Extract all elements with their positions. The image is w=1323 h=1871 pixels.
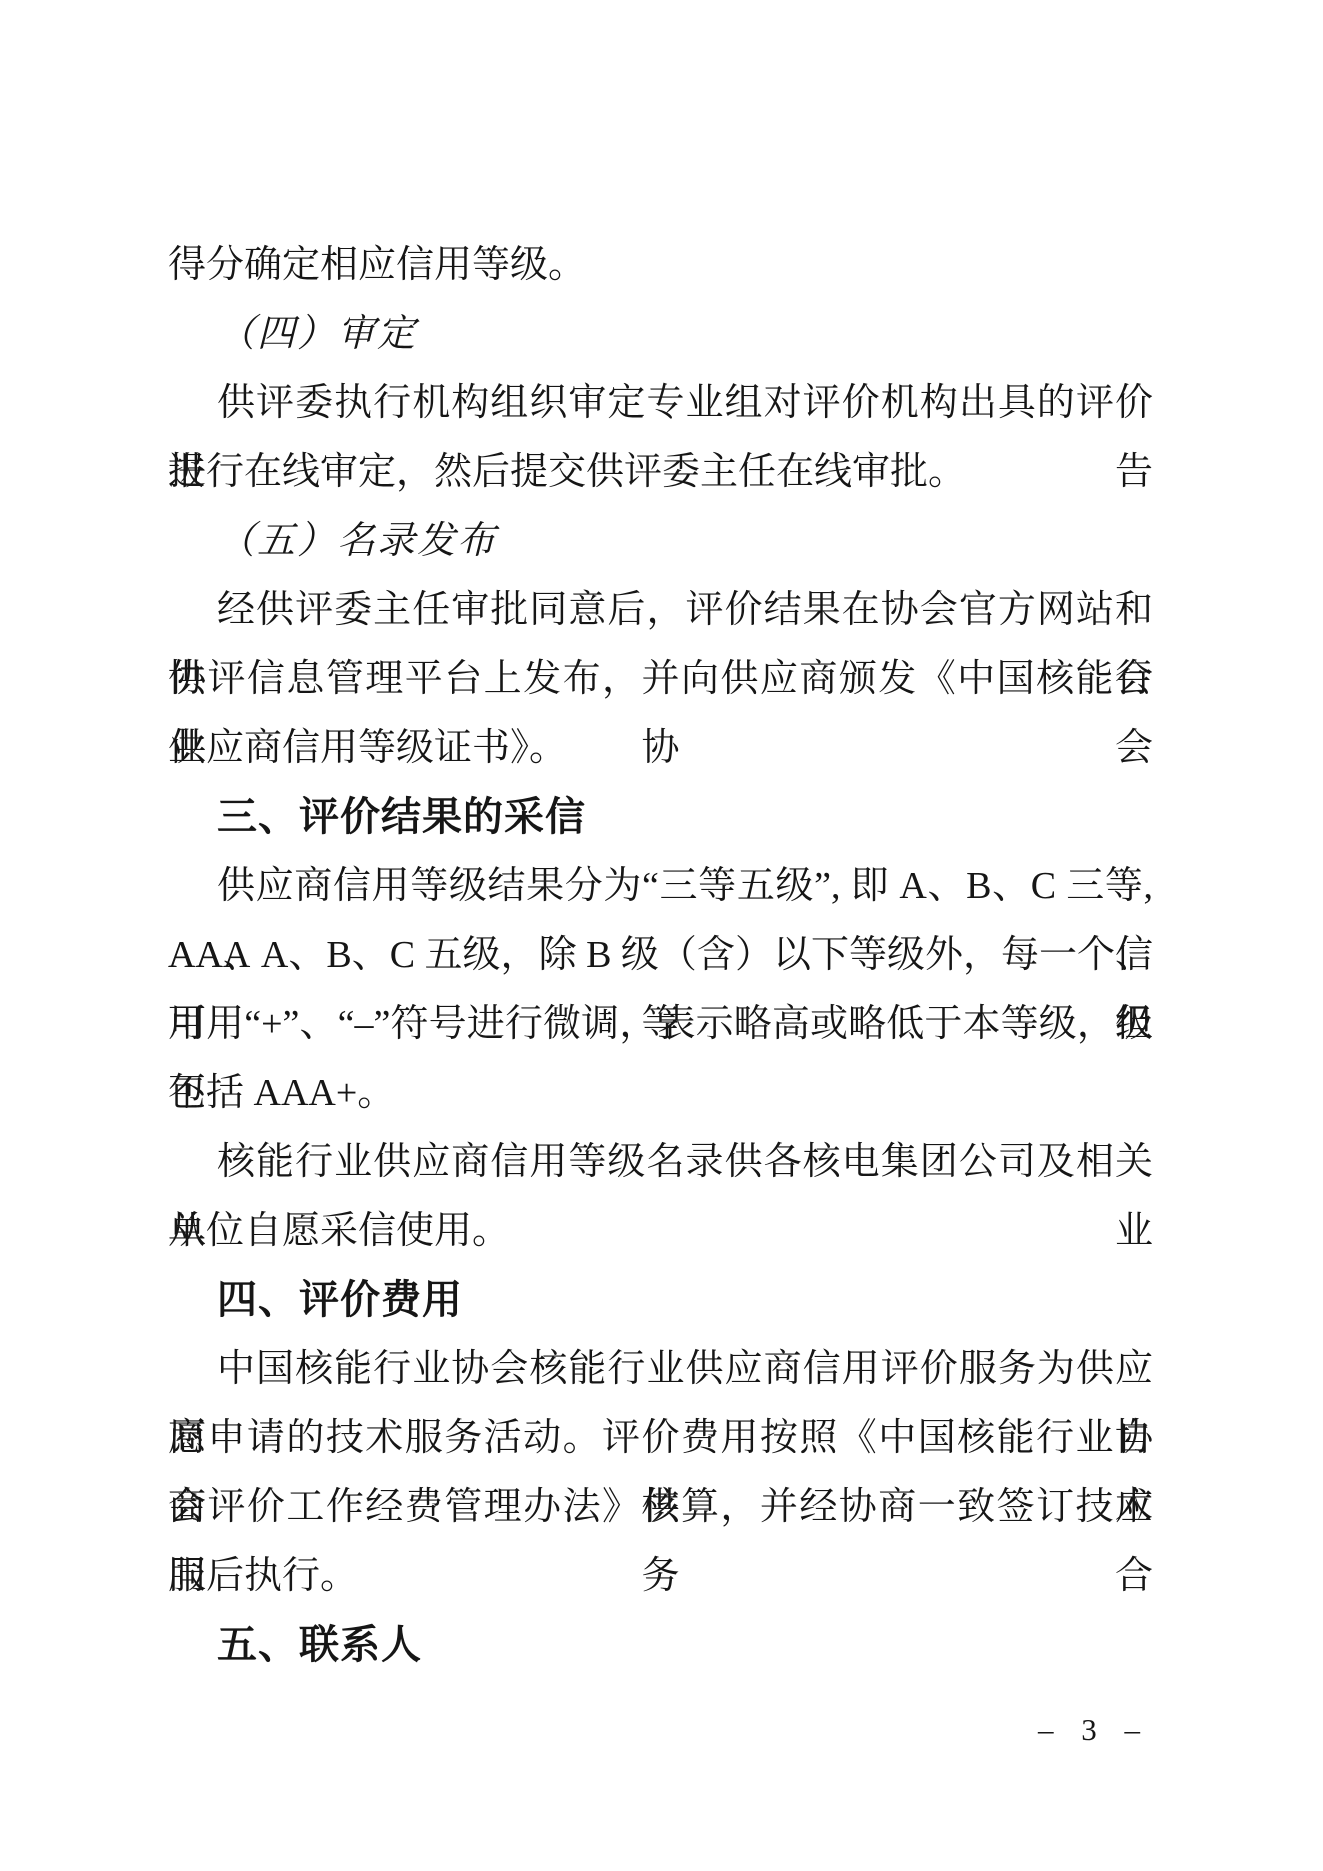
document-page: 得分确定相应信用等级。 （四）审定 供评委执行机构组织审定专业组对评价机构出具的… (0, 0, 1323, 1871)
body-line: AA、A、B、C 五级，除 B 级（含）以下等级外，每一个信用等级 (168, 921, 1153, 990)
body-line: 商评价工作经费管理办法》核算，并经协商一致签订技术服务合 (168, 1473, 1153, 1542)
body-line: 愿申请的技术服务活动。评价费用按照《中国核能行业协会供应 (168, 1404, 1153, 1473)
body-line: 中国核能行业协会核能行业供应商信用评价服务为供应商自 (168, 1335, 1153, 1404)
sub-heading-five: （五）名录发布 (168, 507, 1153, 576)
body-line: 可用“+”、“–”符号进行微调，表示略高或略低于本等级，但不 (168, 990, 1153, 1059)
section-heading-3: 三、评价结果的采信 (168, 783, 1153, 852)
body-line: 得分确定相应信用等级。 (168, 231, 1153, 300)
sub-heading-four: （四）审定 (168, 300, 1153, 369)
body-line: 核能行业供应商信用等级名录供各核电集团公司及相关从业 (168, 1128, 1153, 1197)
section-heading-5: 五、联系人 (168, 1611, 1153, 1680)
section-heading-4: 四、评价费用 (168, 1266, 1153, 1335)
body-line: 经供评委主任审批同意后，评价结果在协会官方网站和协会 (168, 576, 1153, 645)
body-line: 供评委执行机构组织审定专业组对评价机构出具的评价报告 (168, 369, 1153, 438)
body-line: 供评信息管理平台上发布，并向供应商颁发《中国核能行业协会 (168, 645, 1153, 714)
document-body: 得分确定相应信用等级。 （四）审定 供评委执行机构组织审定专业组对评价机构出具的… (168, 231, 1153, 1680)
body-line: 供应商信用等级结果分为“三等五级”, 即 A、B、C 三等, AAA、 (168, 852, 1153, 921)
page-number: – 3 – (1038, 1707, 1150, 1753)
body-line: 包括 AAA+。 (168, 1059, 1153, 1128)
